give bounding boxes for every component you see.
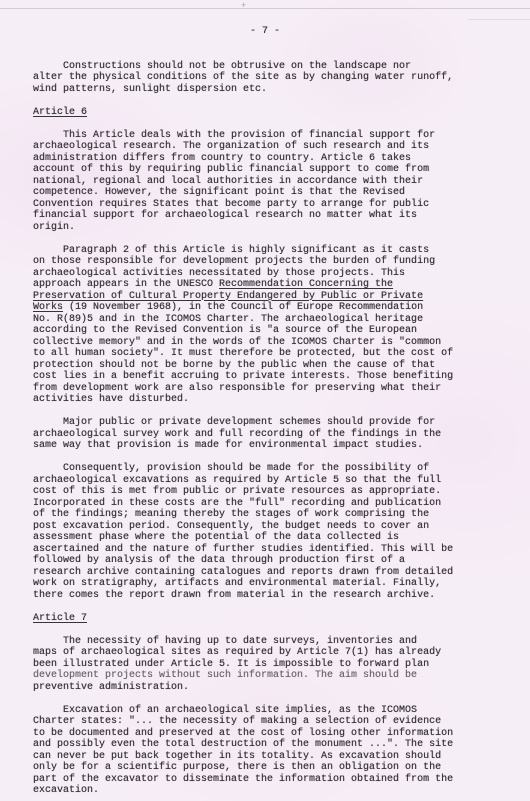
text-line: excavation. xyxy=(33,785,503,797)
text-segment: No. R(89)5 and in the ICOMOS Charter. Th… xyxy=(33,314,423,325)
text-line: followed by analysis of the data through… xyxy=(33,555,503,567)
text-segment: maps of archaeological sites as required… xyxy=(33,647,441,658)
text-line: been illustrated under Article 5. It is … xyxy=(33,659,503,671)
text-segment: The necessity of having up to date surve… xyxy=(33,636,417,647)
text-line: administration differs from country to c… xyxy=(33,153,503,165)
text-line: Consequently, provision should be made f… xyxy=(33,463,503,475)
text-line: approach appears in the UNESCO Recommend… xyxy=(33,279,503,291)
text-segment: national, regional and local authorities… xyxy=(33,176,423,187)
text-segment: there comes the report drawn from materi… xyxy=(33,590,435,601)
text-segment: collective memory" and in the words of t… xyxy=(33,337,441,348)
text-line: Convention requires States that become p… xyxy=(33,199,503,211)
text-line: part of the excavator to disseminate the… xyxy=(33,774,503,786)
text-line: national, regional and local authorities… xyxy=(33,176,503,188)
paragraph: This Article deals with the provision of… xyxy=(33,130,503,234)
text-line: The necessity of having up to date surve… xyxy=(33,636,503,648)
text-segment: Paragraph 2 of this Article is highly si… xyxy=(33,245,429,256)
text-line: research archive containing catalogues a… xyxy=(33,567,503,579)
text-segment: Constructions should not be obtrusive on… xyxy=(33,61,411,72)
scan-line-artifact-right xyxy=(468,19,530,20)
text-line: This Article deals with the provision of… xyxy=(33,130,503,142)
text-segment: to all human society". It must therefore… xyxy=(33,348,453,359)
text-segment: on those responsible for development pro… xyxy=(33,256,435,267)
text-line: account of this by requiring public fina… xyxy=(33,164,503,176)
text-line: on those responsible for development pro… xyxy=(33,256,503,268)
text-line: of the findings; meaning thereby the sta… xyxy=(33,509,503,521)
text-segment: and possibly even the total destruction … xyxy=(33,739,453,750)
text-segment: origin. xyxy=(33,222,75,233)
text-line: Preservation of Cultural Property Endang… xyxy=(33,291,503,303)
text-segment: wind patterns, sunlight dispersion etc. xyxy=(33,84,267,95)
paragraph: Paragraph 2 of this Article is highly si… xyxy=(33,245,503,406)
text-line: according to the Revised Convention is "… xyxy=(33,325,503,337)
text-line: financial support for archaeological res… xyxy=(33,210,503,222)
text-line: Major public or private development sche… xyxy=(33,417,503,429)
text-segment: archaeological excavations as required b… xyxy=(33,475,441,486)
text-segment: archaeological survey work and full reco… xyxy=(33,429,441,440)
article-heading: Article 7 xyxy=(33,613,503,625)
paragraph: Consequently, provision should be made f… xyxy=(33,463,503,601)
text-line: archaeological research. The organizatio… xyxy=(33,141,503,153)
text-segment: Incorporated in these costs are the "ful… xyxy=(33,498,441,509)
underlined-text: Works xyxy=(33,302,63,313)
text-line: wind patterns, sunlight dispersion etc. xyxy=(33,84,503,96)
text-segment: only be for a scientific purpose, there … xyxy=(33,762,441,773)
text-line: to be documented and preserved at the co… xyxy=(33,728,503,740)
underlined-text: Recommendation Concerning the xyxy=(219,279,393,290)
text-line: No. R(89)5 and in the ICOMOS Charter. Th… xyxy=(33,314,503,326)
underlined-text: Preservation of Cultural Property Endang… xyxy=(33,291,423,302)
paragraph: Excavation of an archaeological site imp… xyxy=(33,705,503,797)
text-line: archaeological survey work and full reco… xyxy=(33,429,503,441)
paragraph: Major public or private development sche… xyxy=(33,417,503,452)
text-segment: protection should not be borne by the pu… xyxy=(33,360,435,371)
text-line: competence. However, the significant poi… xyxy=(33,187,503,199)
text-segment: competence. However, the significant poi… xyxy=(33,187,405,198)
text-line: from development work are also responsib… xyxy=(33,383,503,395)
text-segment: Major public or private development sche… xyxy=(33,417,435,428)
scanned-document-page: + - 7 - Constructions should not be obtr… xyxy=(0,0,530,801)
text-segment: assessment phase where the potential of … xyxy=(33,532,399,543)
text-line: activities have disturbed. xyxy=(33,394,503,406)
text-line: archaeological excavations as required b… xyxy=(33,475,503,487)
text-line: Works (19 November 1968), in the Council… xyxy=(33,302,503,314)
text-segment: part of the excavator to disseminate the… xyxy=(33,774,453,785)
text-line: collective memory" and in the words of t… xyxy=(33,337,503,349)
text-segment: activities have disturbed. xyxy=(33,394,189,405)
text-line: alter the physical conditions of the sit… xyxy=(33,72,503,84)
text-segment: cost of this is met from public or priva… xyxy=(33,486,441,497)
text-segment: alter the physical conditions of the sit… xyxy=(33,72,453,83)
text-line: Incorporated in these costs are the "ful… xyxy=(33,498,503,510)
text-line: Charter states: "... the necessity of ma… xyxy=(33,716,503,728)
text-segment: of the findings; meaning thereby the sta… xyxy=(33,509,429,520)
text-segment: This Article deals with the provision of… xyxy=(33,130,435,141)
text-line: cost of this is met from public or priva… xyxy=(33,486,503,498)
text-line: development projects without such inform… xyxy=(33,670,503,682)
text-line: only be for a scientific purpose, there … xyxy=(33,762,503,774)
text-segment: account of this by requiring public fina… xyxy=(33,164,429,175)
article-heading-text: Article 7 xyxy=(33,613,87,624)
text-segment: archaeological research. The organizatio… xyxy=(33,141,429,152)
text-line: and possibly even the total destruction … xyxy=(33,739,503,751)
document-body: Constructions should not be obtrusive on… xyxy=(33,61,503,797)
text-segment: preventive administration. xyxy=(33,682,189,693)
article-heading-text: Article 6 xyxy=(33,107,87,118)
text-segment: Consequently, provision should be made f… xyxy=(33,463,429,474)
text-line: post excavation period. Consequently, th… xyxy=(33,521,503,533)
scan-line-artifact xyxy=(0,8,530,9)
text-segment: (19 November 1968), in the Council of Eu… xyxy=(63,302,423,313)
text-line: there comes the report drawn from materi… xyxy=(33,590,503,602)
text-segment: work on stratigraphy, artifacts and envi… xyxy=(33,578,441,589)
text-line: archaeological activities necessitated b… xyxy=(33,268,503,280)
text-line: work on stratigraphy, artifacts and envi… xyxy=(33,578,503,590)
registration-mark: + xyxy=(241,1,246,11)
text-segment: been illustrated under Article 5. It is … xyxy=(33,659,429,670)
text-line: ascertained and the nature of further st… xyxy=(33,544,503,556)
paragraph: Constructions should not be obtrusive on… xyxy=(33,61,503,96)
text-segment: Charter states: "... the necessity of ma… xyxy=(33,716,441,727)
text-segment: development projects without such inform… xyxy=(33,670,417,681)
document-content: - 7 - Constructions should not be obtrus… xyxy=(33,26,503,801)
text-line: Excavation of an archaeological site imp… xyxy=(33,705,503,717)
text-segment: archaeological activities necessitated b… xyxy=(33,268,405,279)
text-line: cost lies in a benefit accruing to priva… xyxy=(33,371,503,383)
text-segment: same way that provision is made for envi… xyxy=(33,440,423,451)
text-line: can never be put back together in its to… xyxy=(33,751,503,763)
text-line: maps of archaeological sites as required… xyxy=(33,647,503,659)
text-segment: post excavation period. Consequently, th… xyxy=(33,521,429,532)
text-segment: Excavation of an archaeological site imp… xyxy=(33,705,417,716)
text-segment: ascertained and the nature of further st… xyxy=(33,544,453,555)
text-segment: can never be put back together in its to… xyxy=(33,751,441,762)
text-segment: cost lies in a benefit accruing to priva… xyxy=(33,371,453,382)
text-line: Paragraph 2 of this Article is highly si… xyxy=(33,245,503,257)
text-line: to all human society". It must therefore… xyxy=(33,348,503,360)
text-segment: administration differs from country to c… xyxy=(33,153,411,164)
text-segment: approach appears in the UNESCO xyxy=(33,279,219,290)
text-segment: Convention requires States that become p… xyxy=(33,199,429,210)
page-number: - 7 - xyxy=(0,26,530,38)
text-segment: followed by analysis of the data through… xyxy=(33,555,405,566)
paragraph: The necessity of having up to date surve… xyxy=(33,636,503,694)
text-line: same way that provision is made for envi… xyxy=(33,440,503,452)
text-line: protection should not be borne by the pu… xyxy=(33,360,503,372)
text-line: preventive administration. xyxy=(33,682,503,694)
article-heading: Article 6 xyxy=(33,107,503,119)
text-segment: financial support for archaeological res… xyxy=(33,210,417,221)
text-segment: to be documented and preserved at the co… xyxy=(33,728,453,739)
text-line: Constructions should not be obtrusive on… xyxy=(33,61,503,73)
text-segment: from development work are also responsib… xyxy=(33,383,441,394)
text-segment: excavation. xyxy=(33,785,99,796)
text-line: assessment phase where the potential of … xyxy=(33,532,503,544)
text-line: origin. xyxy=(33,222,503,234)
text-segment: according to the Revised Convention is "… xyxy=(33,325,417,336)
text-segment: research archive containing catalogues a… xyxy=(33,567,453,578)
